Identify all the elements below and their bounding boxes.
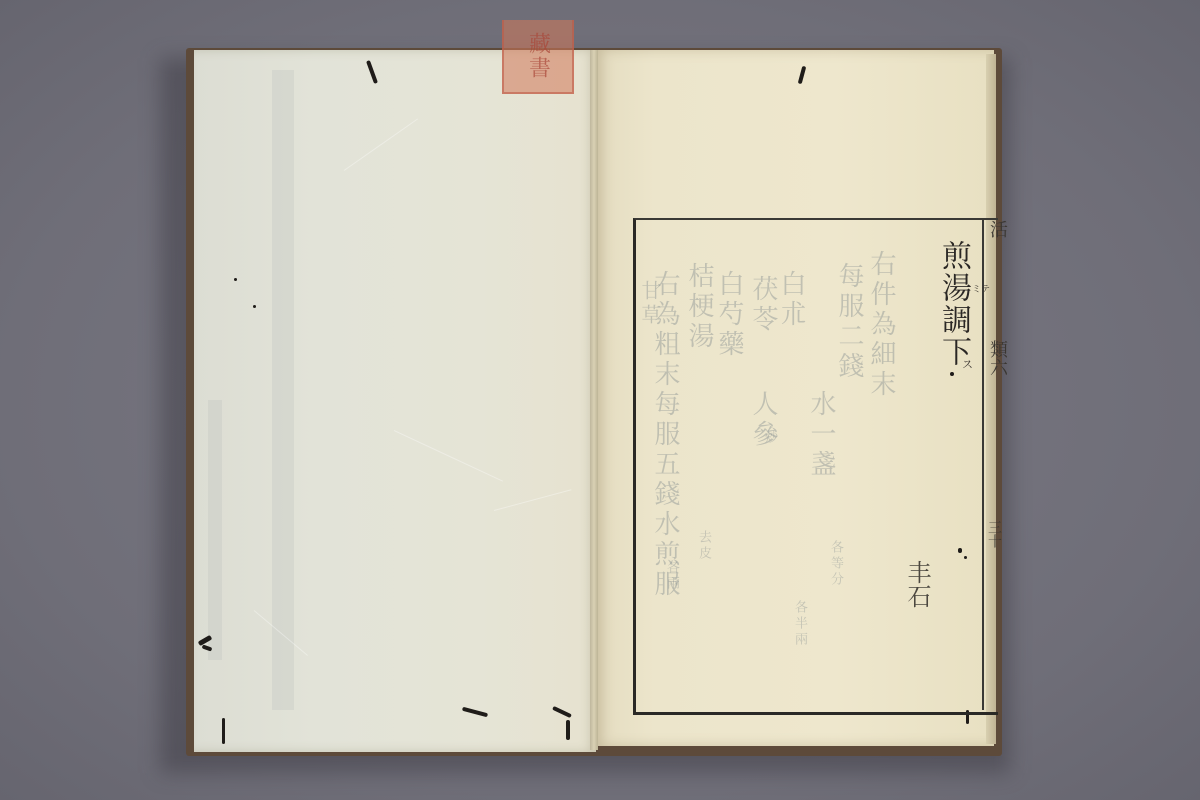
paper-fiber (394, 430, 503, 482)
kunten-annotation: ス (962, 356, 973, 372)
wormhole (552, 706, 572, 718)
left-page-blank (194, 50, 596, 752)
ghost-small-note: 各半兩 (790, 600, 809, 648)
ghost-small-note: 去皮 (694, 530, 713, 562)
ghost-small-note: 各等分 (826, 540, 845, 588)
fold-label-volume: 類六 (984, 340, 1010, 376)
ink-speck (964, 556, 967, 559)
ghost-small-note: 各兩 (662, 560, 681, 592)
ghost-text-column: 白朮 (778, 270, 804, 330)
bleed-through-column (272, 70, 294, 710)
ink-speck (958, 548, 962, 553)
paper-fiber (494, 489, 572, 511)
wormhole (462, 707, 488, 718)
book-spine-gutter (590, 50, 598, 750)
fold-label-top: 活 (984, 220, 1010, 238)
ink-speck (234, 278, 237, 281)
kunten-annotation: ミテ (972, 282, 990, 295)
ghost-text-column: 白芍藥 (716, 270, 742, 360)
ink-speck (253, 305, 256, 308)
bleed-through-column (208, 400, 222, 660)
ghost-text-column: 茯苓 (750, 275, 776, 335)
seal-text: 藏書 (523, 32, 554, 80)
ghost-text-column: 桔梗湯 (686, 262, 712, 352)
wormhole (566, 720, 570, 740)
fold-label-page: 三十 (984, 520, 1004, 548)
ghost-text-column: 每服二錢 (836, 262, 862, 382)
main-heading-text: 煎湯調下 (938, 240, 968, 368)
ghost-text-column: 水一盞 (808, 390, 834, 480)
ghost-text-column: 右件為細末 (868, 250, 894, 400)
ghost-small-note: 炒 (760, 430, 779, 446)
red-ownership-seal: 藏書 (502, 20, 574, 94)
ghost-text-column: 甘草 (640, 280, 660, 328)
paper-fiber (344, 118, 418, 170)
handwritten-mark: 丰石 (900, 560, 935, 608)
wormhole (798, 66, 807, 84)
wormhole (366, 60, 378, 84)
punctuation-dot (950, 372, 954, 376)
wormhole (222, 718, 225, 744)
